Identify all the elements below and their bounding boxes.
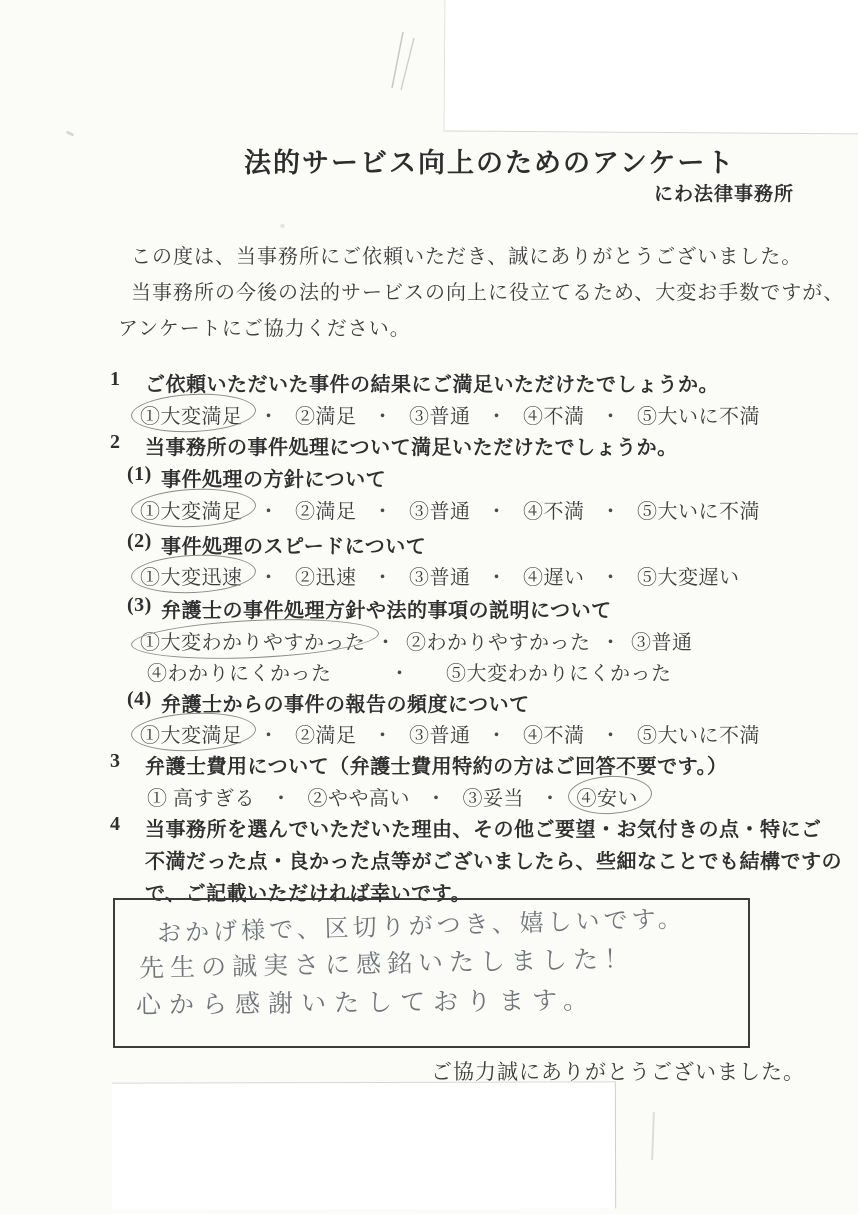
question-4-heading-line1: 4 当事務所を選んでいただいた理由、その他ご要望・お気付きの点・特にご: [110, 813, 822, 842]
question-text: 弁護士費用について（弁護士費用特約の方はご回答不要です。）: [145, 750, 728, 779]
option-separator: ・: [259, 400, 280, 429]
question-2-4-heading: (4) 弁護士からの事件の報告の頻度について: [127, 688, 530, 717]
option-separator: ・: [390, 657, 411, 686]
option: ②満足: [295, 719, 357, 748]
option: ②わかりやすかった: [406, 626, 591, 655]
option-selected: ④安い: [577, 782, 639, 811]
sub-question-text: 弁護士からの事件の報告の頻度について: [161, 688, 530, 717]
question-2-3-heading: (3) 弁護士の事件処理方針や法的事項の説明について: [127, 594, 612, 623]
option: ⑤大いに不満: [637, 495, 760, 524]
option: ③普通: [409, 561, 471, 590]
question-4-heading-line2: 不満だった点・良かった点等がございましたら、些細なことでも結構ですの: [145, 845, 842, 874]
question-number: 1: [110, 368, 145, 397]
sub-question-text: 事件処理のスピードについて: [161, 530, 426, 559]
option-separator: ・: [601, 626, 622, 655]
option-separator: ・: [487, 719, 508, 748]
option: ① 高すぎる: [147, 782, 255, 811]
option-separator: ・: [487, 561, 508, 590]
option: ③普通: [409, 495, 471, 524]
question-2-4-options: ①大変満足 ・ ②満足 ・ ③普通 ・ ④不満 ・ ⑤大いに不満: [140, 719, 760, 748]
question-1-heading: 1 ご依頼いただいた事件の結果にご満足いただけたでしょうか。: [110, 368, 719, 397]
sub-question-text: 事件処理の方針について: [161, 463, 386, 492]
handwritten-comment-line: 心から感謝いたしております。: [136, 981, 596, 1022]
question-number: 3: [110, 750, 145, 779]
question-3-heading: 3 弁護士費用について（弁護士費用特約の方はご回答不要です。）: [110, 750, 728, 779]
question-text: 当事務所を選んでいただいた理由、その他ご要望・お気付きの点・特にご: [145, 813, 822, 842]
question-2-2-heading: (2) 事件処理のスピードについて: [127, 530, 426, 559]
option: ④不満: [523, 719, 585, 748]
option-separator: ・: [259, 561, 280, 590]
sub-question-text: 弁護士の事件処理方針や法的事項の説明について: [161, 594, 612, 623]
sub-question-number: (4): [127, 688, 161, 717]
sub-question-number: (2): [127, 530, 161, 559]
option-separator: ・: [271, 782, 292, 811]
intro-line: 当事務所の今後の法的サービスの向上に役立てるため、大変お手数ですが、: [131, 276, 844, 305]
question-text: 不満だった点・良かった点等がございましたら、些細なことでも結構ですの: [145, 845, 842, 874]
option-separator: ・: [259, 495, 280, 524]
intro-line: アンケートにご協力ください。: [118, 312, 411, 341]
question-3-options: ① 高すぎる ・ ②やや高い ・ ③妥当 ・ ④安い: [147, 782, 638, 811]
option: ⑤大変遅い: [637, 561, 740, 590]
option-separator: ・: [601, 719, 622, 748]
option-separator: ・: [373, 561, 394, 590]
option: ⑤大いに不満: [637, 719, 760, 748]
option: ④わかりにくかった: [147, 657, 332, 686]
option-separator: ・: [601, 400, 622, 429]
question-2-1-heading: (1) 事件処理の方針について: [127, 463, 386, 492]
option-separator: ・: [376, 626, 397, 655]
option-selected: ①大変迅速: [140, 561, 243, 590]
option: ④不満: [523, 400, 585, 429]
option-selected: ①大変満足: [140, 719, 243, 748]
option-separator: ・: [601, 495, 622, 524]
question-2-2-options: ①大変迅速 ・ ②迅速 ・ ③普通 ・ ④遅い ・ ⑤大変遅い: [140, 561, 740, 590]
option: ②満足: [295, 495, 357, 524]
question-2-3-options-line1: ①大変わかりやすかった ・ ②わかりやすかった ・ ③普通: [140, 626, 693, 655]
option: ②満足: [295, 400, 357, 429]
question-text: 当事務所の事件処理について満足いただけたでしょうか。: [145, 431, 678, 460]
redaction-patch-top-right: [444, 0, 858, 135]
option-separator: ・: [487, 495, 508, 524]
pencil-mark: [651, 1112, 655, 1160]
option-separator: ・: [601, 561, 622, 590]
office-name: にわ法律事務所: [654, 179, 794, 206]
option: ②やや高い: [308, 782, 411, 811]
question-1-options: ①大変満足 ・ ②満足 ・ ③普通 ・ ④不満 ・ ⑤大いに不満: [140, 400, 760, 429]
scanned-survey-document: 法的サービス向上のためのアンケート にわ法律事務所 この度は、当事務所にご依頼い…: [0, 0, 858, 1214]
question-number: 2: [110, 431, 145, 460]
option: ⑤大変わかりにくかった: [446, 657, 672, 686]
option-selected: ①大変満足: [140, 400, 243, 429]
question-2-1-options: ①大変満足 ・ ②満足 ・ ③普通 ・ ④不満 ・ ⑤大いに不満: [140, 495, 760, 524]
option-separator: ・: [259, 719, 280, 748]
question-number: 4: [110, 813, 145, 842]
option: ②迅速: [295, 561, 357, 590]
option: ③普通: [631, 626, 693, 655]
scan-speck: [66, 130, 75, 136]
option: ③妥当: [463, 782, 525, 811]
option-selected: ①大変満足: [140, 495, 243, 524]
option: ⑤大いに不満: [637, 400, 760, 429]
scan-speck: [280, 224, 285, 228]
option: ④不満: [523, 495, 585, 524]
intro-line: この度は、当事務所にご依頼いただき、誠にありがとうございました。: [131, 240, 802, 269]
option-separator: ・: [426, 782, 447, 811]
option: ③普通: [409, 719, 471, 748]
sub-question-number: (3): [127, 594, 161, 623]
question-2-3-options-line2: ④わかりにくかった ・ ⑤大変わかりにくかった: [147, 657, 672, 686]
option-separator: ・: [487, 400, 508, 429]
option-selected: ①大変わかりやすかった: [140, 626, 366, 655]
question-text: ご依頼いただいた事件の結果にご満足いただけたでしょうか。: [145, 368, 719, 397]
question-2-heading: 2 当事務所の事件処理について満足いただけたでしょうか。: [110, 431, 678, 460]
option: ③普通: [409, 400, 471, 429]
option-separator: ・: [373, 719, 394, 748]
option-separator: ・: [373, 400, 394, 429]
redaction-patch-bottom-left: [112, 1081, 616, 1209]
option-separator: ・: [373, 495, 394, 524]
option-separator: ・: [540, 782, 561, 811]
page-title: 法的サービス向上のためのアンケート: [244, 141, 735, 180]
sub-question-number: (1): [127, 463, 161, 492]
option: ④遅い: [523, 561, 585, 590]
pencil-mark: [388, 26, 420, 94]
